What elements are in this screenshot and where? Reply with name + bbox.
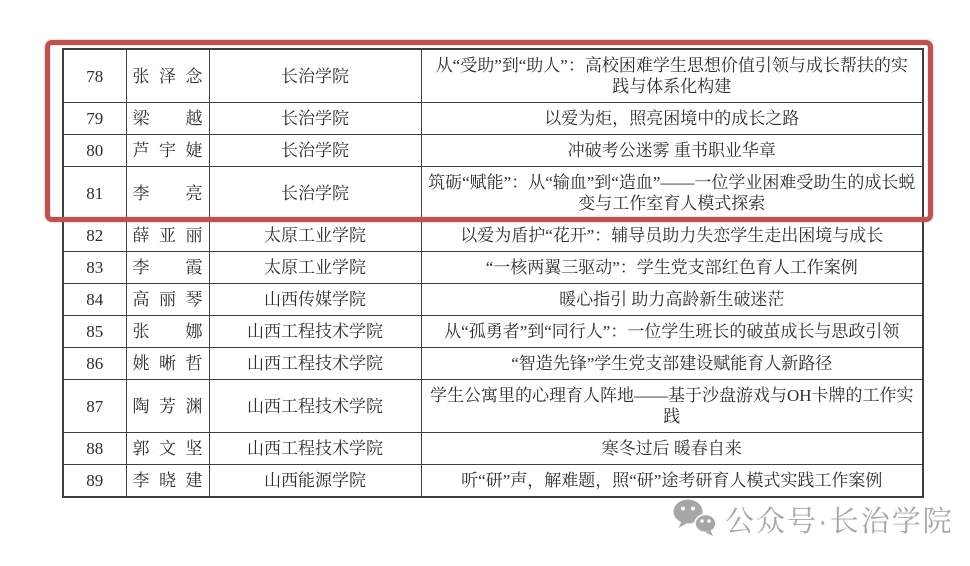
table-body: 78张 泽 念长治学院从“受助”到“助人”：高校困难学生思想价值引领与成长帮扶的… (63, 49, 923, 497)
cell-name: 芦 宇 婕 (126, 135, 209, 167)
cell-name: 薛 亚 丽 (126, 220, 209, 252)
table-row: 84高 丽 琴山西传媒学院暖心指引 助力高龄新生破迷茫 (63, 284, 923, 316)
cell-institution: 山西工程技术学院 (209, 380, 421, 433)
cell-number: 85 (63, 316, 126, 348)
cell-number: 83 (63, 252, 126, 284)
cell-institution: 长治学院 (209, 103, 421, 135)
document-table-region: 78张 泽 念长治学院从“受助”到“助人”：高校困难学生思想价值引领与成长帮扶的… (62, 48, 924, 498)
cell-name: 李 霞 (126, 252, 209, 284)
table-row: 81李 亮长治学院筑砺“赋能”：从“输血”到“造血”——一位学业困难受助生的成长… (63, 167, 923, 220)
table-row: 86姚 晰 哲山西工程技术学院“智造先锋”学生党支部建设赋能育人新路径 (63, 348, 923, 380)
cell-title: 学生公寓里的心理育人阵地——基于沙盘游戏与OH卡牌的工作实践 (421, 380, 923, 433)
cell-title: 从“受助”到“助人”：高校困难学生思想价值引领与成长帮扶的实践与体系化构建 (421, 49, 923, 103)
cell-name: 郭 文 坚 (126, 433, 209, 465)
cell-title: 寒冬过后 暖春自来 (421, 433, 923, 465)
cell-number: 82 (63, 220, 126, 252)
table-row: 87陶 芳 渊山西工程技术学院学生公寓里的心理育人阵地——基于沙盘游戏与OH卡牌… (63, 380, 923, 433)
cell-institution: 山西工程技术学院 (209, 433, 421, 465)
cell-name: 陶 芳 渊 (126, 380, 209, 433)
table-row: 89李 晓 建山西能源学院听“研”声，解难题，照“研”途考研育人模式实践工作案例 (63, 465, 923, 498)
cell-name: 张 娜 (126, 316, 209, 348)
cell-institution: 长治学院 (209, 49, 421, 103)
cell-title: 以爱为炬，照亮困境中的成长之路 (421, 103, 923, 135)
cell-title: 暖心指引 助力高龄新生破迷茫 (421, 284, 923, 316)
cell-institution: 山西工程技术学院 (209, 348, 421, 380)
cell-title: 从“孤勇者”到“同行人”：一位学生班长的破茧成长与思政引领 (421, 316, 923, 348)
cell-number: 78 (63, 49, 126, 103)
watermark: 公众号·长治学院 (672, 498, 954, 540)
cell-institution: 山西工程技术学院 (209, 316, 421, 348)
cell-name: 高 丽 琴 (126, 284, 209, 316)
cell-name: 梁 越 (126, 103, 209, 135)
cell-title: 筑砺“赋能”：从“输血”到“造血”——一位学业困难受助生的成长蜕变与工作室育人模… (421, 167, 923, 220)
cell-number: 79 (63, 103, 126, 135)
cell-institution: 太原工业学院 (209, 220, 421, 252)
cell-institution: 长治学院 (209, 167, 421, 220)
table-row: 80芦 宇 婕长治学院冲破考公迷雾 重书职业华章 (63, 135, 923, 167)
cell-number: 80 (63, 135, 126, 167)
table-row: 79梁 越长治学院以爱为炬，照亮困境中的成长之路 (63, 103, 923, 135)
cell-title: “智造先锋”学生党支部建设赋能育人新路径 (421, 348, 923, 380)
cell-title: 以爱为盾护“花开”：辅导员助力失恋学生走出困境与成长 (421, 220, 923, 252)
table-row: 88郭 文 坚山西工程技术学院寒冬过后 暖春自来 (63, 433, 923, 465)
cell-name: 李 晓 建 (126, 465, 209, 498)
table-row: 82薛 亚 丽太原工业学院以爱为盾护“花开”：辅导员助力失恋学生走出困境与成长 (63, 220, 923, 252)
cell-title: 听“研”声，解难题，照“研”途考研育人模式实践工作案例 (421, 465, 923, 498)
cell-institution: 山西能源学院 (209, 465, 421, 498)
cell-number: 86 (63, 348, 126, 380)
cell-number: 89 (63, 465, 126, 498)
cell-number: 84 (63, 284, 126, 316)
table-row: 85张 娜山西工程技术学院从“孤勇者”到“同行人”：一位学生班长的破茧成长与思政… (63, 316, 923, 348)
cell-number: 87 (63, 380, 126, 433)
cell-title: “一核两翼三驱动”：学生党支部红色育人工作案例 (421, 252, 923, 284)
cell-institution: 长治学院 (209, 135, 421, 167)
table-row: 83李 霞太原工业学院“一核两翼三驱动”：学生党支部红色育人工作案例 (63, 252, 923, 284)
table-row: 78张 泽 念长治学院从“受助”到“助人”：高校困难学生思想价值引领与成长帮扶的… (63, 49, 923, 103)
watermark-text: 公众号·长治学院 (725, 499, 954, 540)
cell-institution: 山西传媒学院 (209, 284, 421, 316)
cell-title: 冲破考公迷雾 重书职业华章 (421, 135, 923, 167)
cell-name: 姚 晰 哲 (126, 348, 209, 380)
cell-number: 81 (63, 167, 126, 220)
cell-number: 88 (63, 433, 126, 465)
cell-name: 张 泽 念 (126, 49, 209, 103)
cell-name: 李 亮 (126, 167, 209, 220)
cell-institution: 太原工业学院 (209, 252, 421, 284)
award-table: 78张 泽 念长治学院从“受助”到“助人”：高校困难学生思想价值引领与成长帮扶的… (62, 48, 924, 498)
wechat-icon (672, 498, 718, 540)
